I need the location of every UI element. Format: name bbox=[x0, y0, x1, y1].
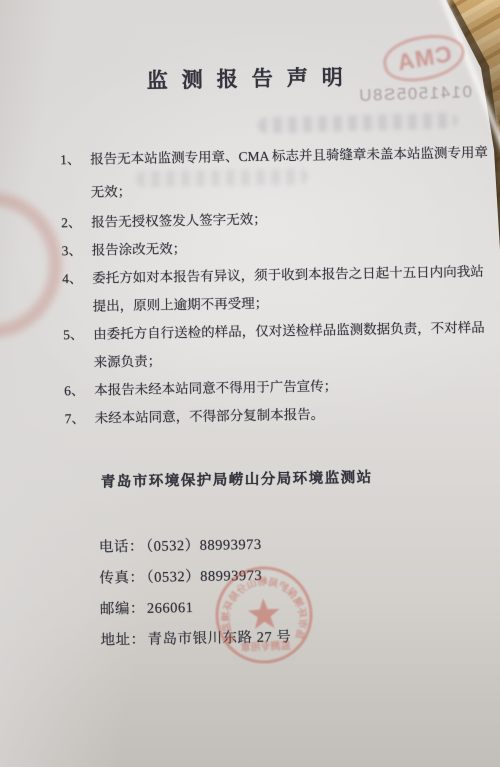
item-number: 7、 bbox=[64, 405, 94, 434]
item-text: 未经本站同意，不得部分复制本报告。 bbox=[94, 398, 496, 433]
document-photo: 监测报告声明 1、 报告无本站监测专用章、CMA 标志并且骑缝章未盖本站监测专用… bbox=[0, 0, 500, 767]
address-value: 青岛市银川东路 27 号 bbox=[147, 629, 291, 648]
item-number: 6、 bbox=[64, 377, 94, 406]
item-text: 委托方如对本报告有异议，须于收到本报告之日起十五日内向我站 提出，原则上逾期不再… bbox=[92, 258, 495, 321]
fax-label: 传真： bbox=[99, 570, 144, 587]
item-text: 由委托方自行送检的样品，仅对送检样品监测数据负责，不对样品 来源负责； bbox=[93, 314, 496, 377]
item-number: 5、 bbox=[63, 321, 93, 350]
postcode-label: 邮编： bbox=[100, 601, 145, 618]
statement-item-5: 5、 由委托方自行送检的样品，仅对送检样品监测数据负责，不对样品 来源负责； bbox=[63, 314, 496, 378]
contact-address: 地址：青岛市银川东路 27 号 bbox=[100, 619, 500, 657]
item-number: 3、 bbox=[61, 237, 91, 266]
contact-info: 电话：（0532）88993973 传真：（0532）88993973 邮编：2… bbox=[3, 526, 500, 659]
item-number: 2、 bbox=[61, 209, 91, 238]
item-number: 1、 bbox=[60, 143, 91, 177]
serial-number-bleed: 0141505S8U bbox=[364, 82, 473, 106]
organization-name: 青岛市环境保护局崂山分局环境监测站 bbox=[2, 466, 500, 495]
postcode-value: 266061 bbox=[147, 600, 194, 617]
item-number: 4、 bbox=[62, 265, 92, 294]
phone-label: 电话： bbox=[99, 539, 144, 556]
fax-value: （0532）88993973 bbox=[146, 568, 262, 586]
text-bleed-smudge bbox=[136, 169, 308, 188]
phone-value: （0532）88993973 bbox=[146, 537, 262, 555]
address-label: 地址： bbox=[100, 632, 145, 649]
item-line: 未经本站同意，不得部分复制本报告。 bbox=[94, 398, 496, 433]
statement-item-4: 4、 委托方如对本报告有异议，须于收到本报告之日起十五日内向我站 提出，原则上逾… bbox=[62, 258, 495, 322]
